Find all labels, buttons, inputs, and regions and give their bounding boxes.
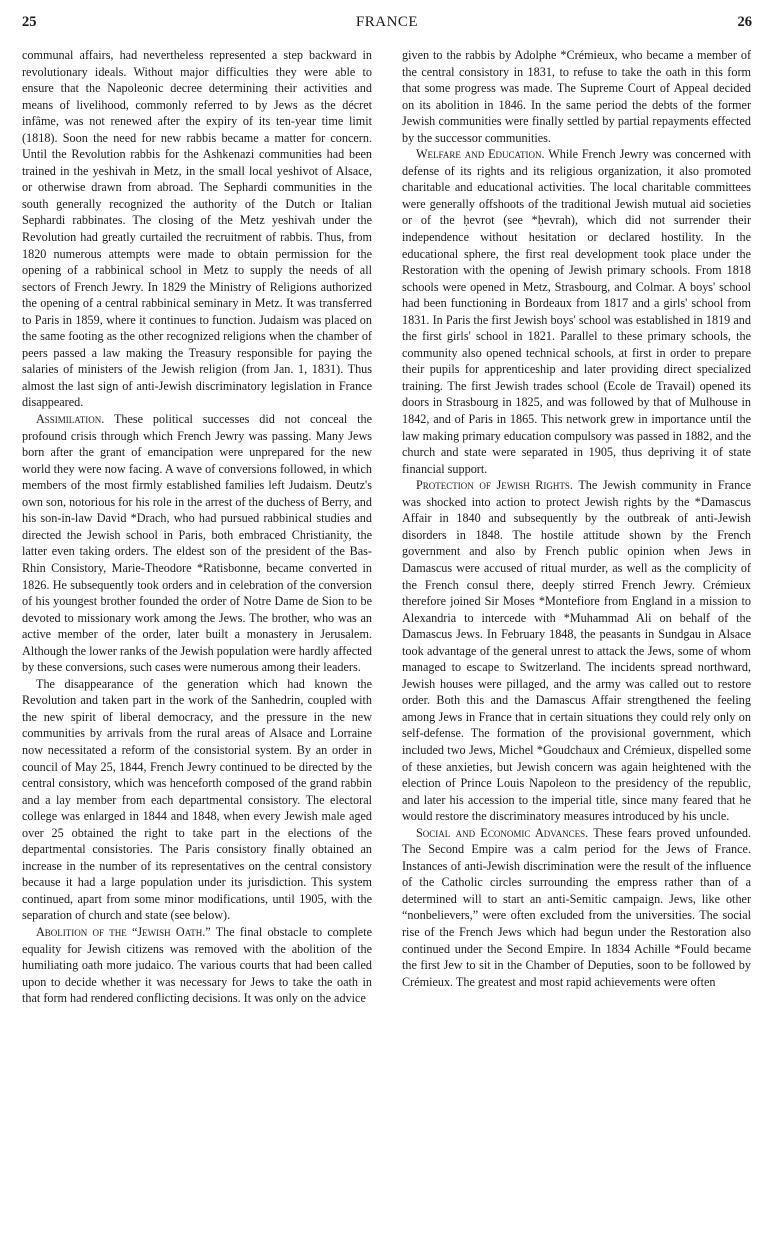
- section-heading: Protection of Jewish Rights.: [416, 478, 573, 492]
- paragraph-text: The Jewish community in France was shock…: [402, 478, 751, 823]
- section-heading: Abolition of the “Jewish Oath.”: [36, 925, 211, 939]
- paragraph-assimilation: Assimilation. These political successes …: [22, 411, 372, 676]
- paragraph-text: The disappearance of the generation whic…: [22, 677, 372, 923]
- paragraph-social-economic: Social and Economic Advances. These fear…: [402, 825, 751, 990]
- section-heading: Welfare and Education.: [416, 147, 545, 161]
- running-header: 25 FRANCE 26: [22, 14, 752, 36]
- paragraph-jewish-oath: Abolition of the “Jewish Oath.” The fina…: [22, 924, 372, 1007]
- left-column: communal affairs, had nevertheless repre…: [22, 47, 372, 1007]
- section-heading: Assimilation.: [36, 412, 104, 426]
- running-title: FRANCE: [22, 14, 752, 31]
- right-page-number: 26: [738, 14, 753, 31]
- section-heading: Social and Economic Advances.: [416, 826, 588, 840]
- paragraph-text: These political successes did not concea…: [22, 412, 372, 674]
- paragraph-rabbinical-training: communal affairs, had nevertheless repre…: [22, 47, 372, 411]
- paragraph-protection-rights: Protection of Jewish Rights. The Jewish …: [402, 477, 751, 824]
- paragraph-text: These fears proved unfounded. The Second…: [402, 826, 751, 989]
- paragraph-consistorial-reform: The disappearance of the generation whic…: [22, 676, 372, 924]
- paragraph-text: communal affairs, had nevertheless repre…: [22, 48, 372, 409]
- paragraph-oath-continued: given to the rabbis by Adolphe *Crémieux…: [402, 47, 751, 146]
- right-column: given to the rabbis by Adolphe *Crémieux…: [402, 47, 751, 990]
- paragraph-text: While French Jewry was concerned with de…: [402, 147, 751, 475]
- paragraph-welfare-education: Welfare and Education. While French Jewr…: [402, 146, 751, 477]
- paragraph-text: given to the rabbis by Adolphe *Crémieux…: [402, 48, 751, 145]
